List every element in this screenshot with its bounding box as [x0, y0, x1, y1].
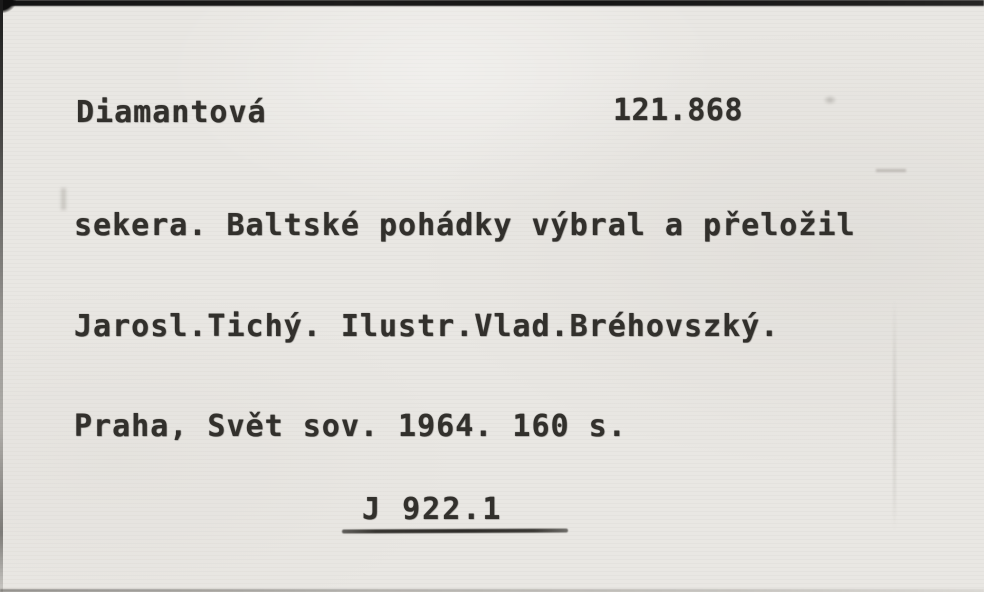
catalog-number: 121.868: [613, 93, 743, 128]
ink-smudge: [876, 169, 906, 172]
catalog-card: Diamantová 121.868 sekera. Baltské pohád…: [0, 0, 984, 592]
paper-crease: [893, 300, 896, 530]
body-line-1: sekera. Baltské pohádky výbral a přeloži…: [74, 209, 856, 243]
body-line-3: Praha, Svět sov. 1964. 160 s.: [74, 410, 856, 444]
ink-smudge: [61, 188, 66, 210]
call-number: J 922.1: [362, 492, 502, 527]
card-body: sekera. Baltské pohádky výbral a přeloži…: [74, 142, 856, 511]
scan-edge-top: [0, 0, 984, 6]
scan-edge-left: [0, 0, 3, 592]
card-heading: Diamantová: [76, 95, 267, 130]
call-number-underline: [342, 529, 568, 534]
body-line-2: Jarosl.Tichý. Ilustr.Vlad.Bréhovszký.: [74, 310, 856, 344]
ink-smudge: [823, 95, 837, 105]
